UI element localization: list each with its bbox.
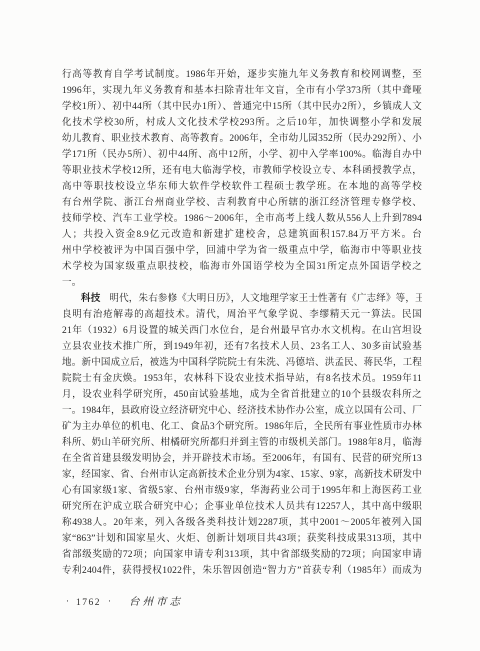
footer-dot-right: ·: [108, 596, 111, 606]
text-line: 心有国家级1家、省级5家、台州市级9家，华海药业公司于1995年和上海医药工业: [62, 483, 422, 499]
text-line: 良明有治疮解毒的高超技术。清代，周治平气象学说、李缪精天元一算法。民国: [62, 307, 422, 323]
text-line: 等职业技术学校12所，还有电大临海学校，市教师学校设立专、本科函授教学点，: [62, 163, 422, 179]
text-line: 院院士有金庆焕。1953年，农林科下设农业技术指导站，有8名技术员。1959年1…: [62, 371, 422, 387]
text-line: 家，经国家、省、台州市认定高新技术企业分别为4家、15家、9家，高新技术研发中: [62, 467, 422, 483]
text-line: 1996年，实现九年义务教育和基本扫除青壮年文盲，全市有小学373所（其中聋哑: [62, 83, 422, 99]
text-line: 立县农业技术推广所，到1949年初，还有7名技术人员、23名工人、30多亩试验基: [62, 339, 422, 355]
text-line: 地。新中国成立后，被选为中国科学院院士有朱洗、冯德培、洪孟民、蒋民华，工程: [62, 355, 422, 371]
text-line: 州中学校被评为中国百强中学，回浦中学为省一级重点中学，临海市中等职业技: [62, 243, 422, 259]
text-line: 行高等教育自学考试制度。1986年开始，逐步实施九年义务教育和校网调整，至: [62, 67, 422, 83]
text-line: 一。1984年，县政府设立经济研究中心、经济技术协作办公室，成立以国有公司、厂: [62, 403, 422, 419]
text-line: 省部级奖励的72项；向国家申请专利313项，其中省部级奖励的72项；向国家申请: [62, 547, 422, 563]
text-line: 技师学校、汽车工业学校。1986～2006年，全市高考上线人数从556人上升到7…: [62, 211, 422, 227]
text-block: 行高等教育自学考试制度。1986年开始，逐步实施九年义务教育和校网调整，至199…: [62, 67, 422, 579]
text-line: 学校1所）、初中44所（其中民办1所）、普通完中15所（其中民办2所），乡镇成人…: [62, 99, 422, 115]
text-line-content: 明代，朱右参修《大明日历》，人文地理学家王士性著有《广志绎》等，王: [109, 294, 422, 304]
footer-dot-left: ·: [66, 596, 69, 606]
text-line: 科技明代，朱右参修《大明日历》，人文地理学家王士性著有《广志绎》等，王: [62, 291, 422, 307]
page-number: 1762: [76, 598, 101, 608]
text-line: 家“863”计划和国家星火、火炬、创新计划项目共43项；获奖科技成果313项，其…: [62, 531, 422, 547]
text-line: 幼儿教育、职业技术教育、高等教育。2006年，全市幼儿园352所（民办292所）…: [62, 131, 422, 147]
section-heading: 科技: [81, 294, 100, 304]
text-line: 矿为主办单位的机电、化工、食品3个研究所。1986年后，全民所有事业性质市办林: [62, 419, 422, 435]
text-line: 科所、奶山羊研究所、柑橘研究所都归并到主管的市级机关部门。1988年8月，临海: [62, 435, 422, 451]
book-title: 台州市志: [129, 597, 183, 608]
text-line: 化技术学校30所，村成人文化技术学校293所。之后10年，加快调整小学和发展: [62, 115, 422, 131]
text-line: 有台州学院、浙江台州商业学校、吉利教育中心所辖的浙江经济管理专修学校、: [62, 195, 422, 211]
text-line: 专利2404件，获得授权1022件，朱乐智因创造“智力方”首获专利（1985年）…: [62, 563, 422, 579]
text-line: 学171所（民办5所）、初中44所、高中12所，小学、初中入学率100%。临海自…: [62, 147, 422, 163]
text-line: 21年（1932）6月设置的城关西门水位台，是台州最早官办水文机构。在山宫坦设: [62, 323, 422, 339]
text-line: 研究所在沪成立联合研究中心；企事业单位技术人员共有12257人，其中高中级职: [62, 499, 422, 515]
paragraph: 行高等教育自学考试制度。1986年开始，逐步实施九年义务教育和校网调整，至199…: [62, 67, 422, 291]
text-line: 人；共投入资金8.9亿元改造和新建扩建校舍，总建筑面积157.84万平方米。台: [62, 227, 422, 243]
page-footer: ·1762·台州市志: [66, 594, 183, 609]
paragraph: 科技明代，朱右参修《大明日历》，人文地理学家王士性著有《广志绎》等，王良明有治疮…: [62, 291, 422, 579]
document-page: 行高等教育自学考试制度。1986年开始，逐步实施九年义务教育和校网调整，至199…: [0, 0, 480, 651]
text-line: 在全省首建县级发明协会，并开辟技术市场。至2006年，有国有、民营的研究所13: [62, 451, 422, 467]
text-line: 一。: [62, 275, 422, 291]
text-line: 月，设农业科学研究所，450亩试验基地，成为全省首批建立的10个县级农科所之: [62, 387, 422, 403]
text-line: 称4938人。20年来，列入各级各类科技计划2287项，其中2001～2005年…: [62, 515, 422, 531]
text-line: 术学校为国家级重点职技校，临海市外国语学校为全国31所定点外国语学校之: [62, 259, 422, 275]
text-line: 高中等职技校设立华东师大软件学校软件工程硕士教学班。在本地的高等学校: [62, 179, 422, 195]
